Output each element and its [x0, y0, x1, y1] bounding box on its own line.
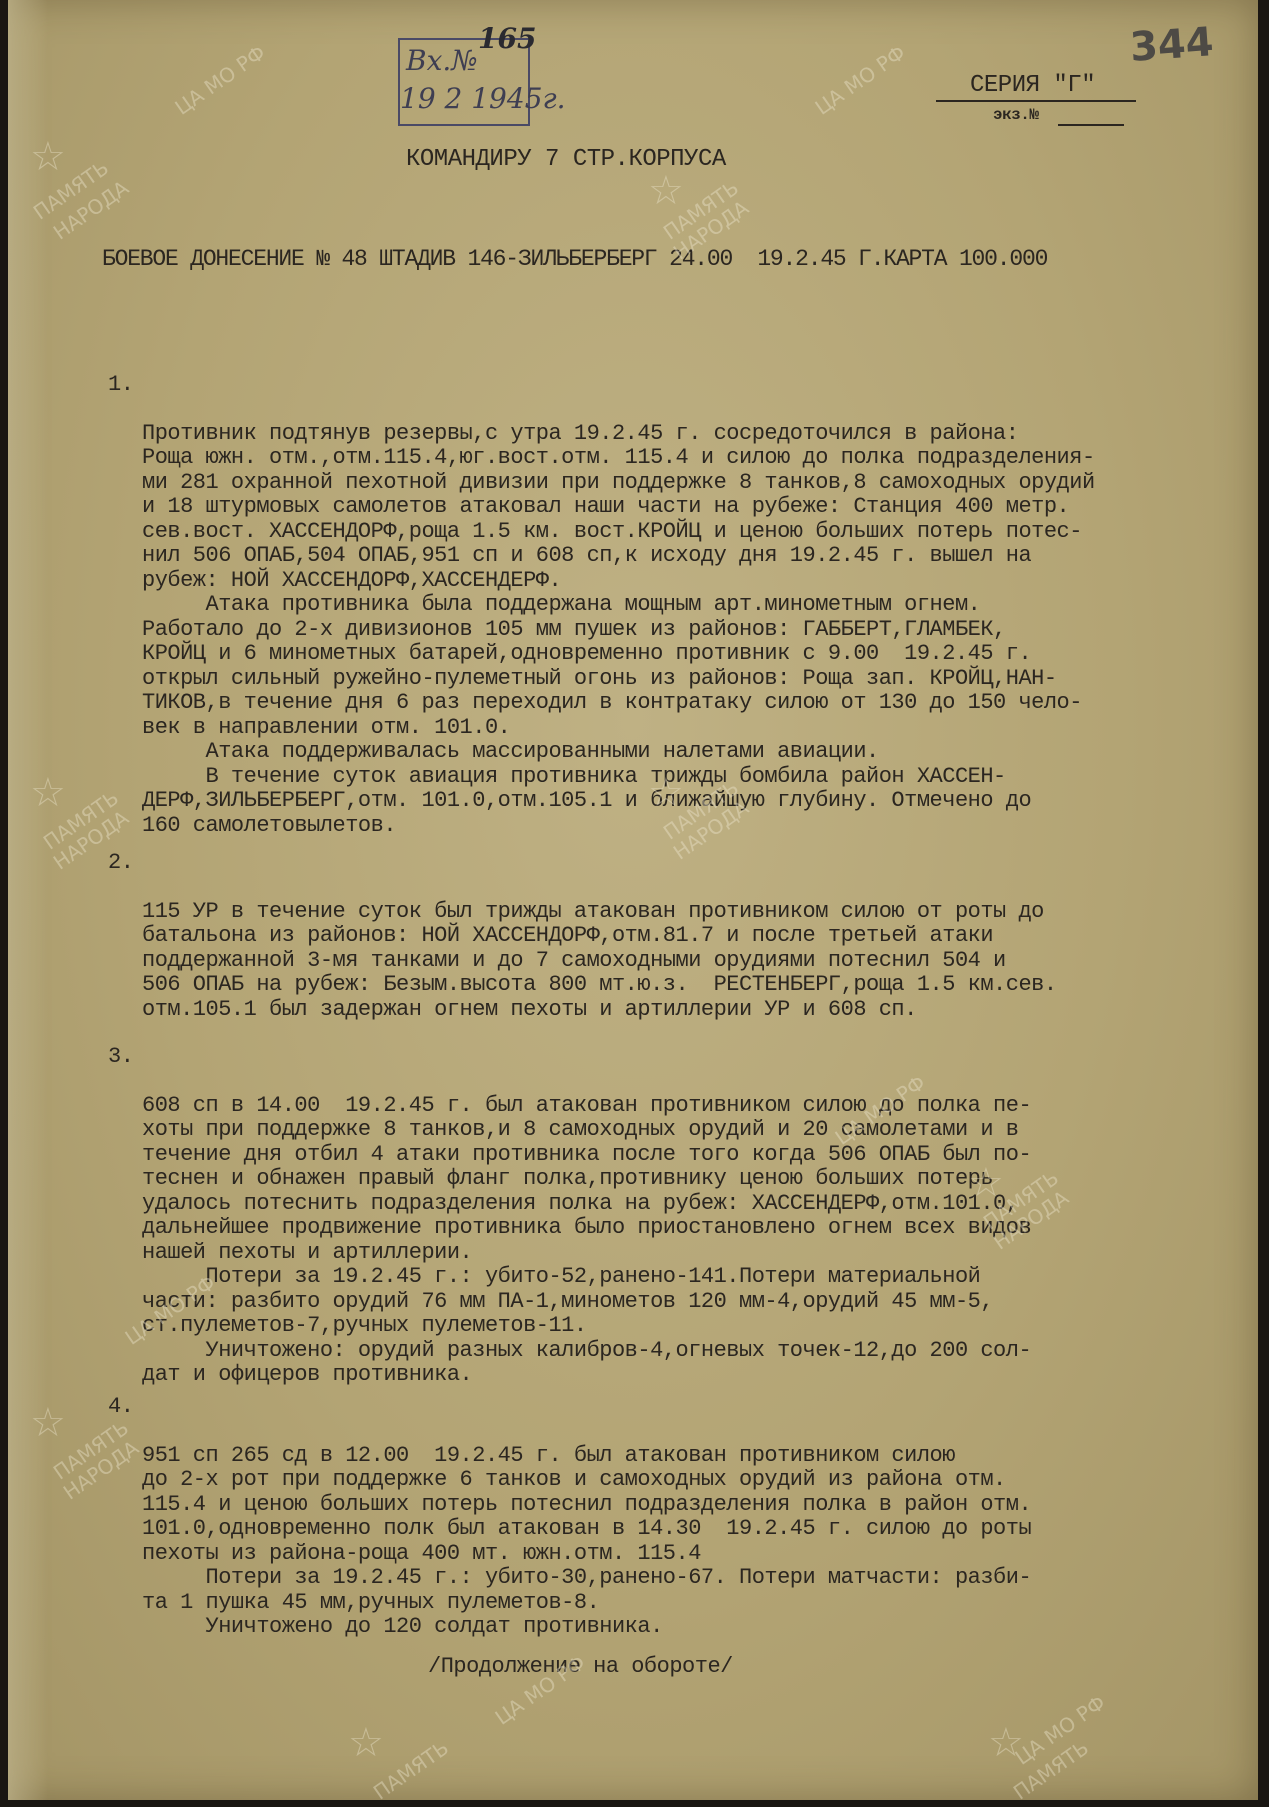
text-line: Атака противника была поддержана мощным … — [142, 593, 1095, 618]
text-line: 951 сп 265 сд в 12.00 19.2.45 г. был ата… — [142, 1444, 1031, 1469]
star-icon: ☆ — [968, 1160, 1004, 1206]
text-line: ми 281 охранной пехотной дивизии при под… — [142, 471, 1095, 496]
section-body: 115 УР в течение суток был трижды атаков… — [142, 900, 1057, 1023]
text-line: и 18 штурмовых самолетов атаковал наши ч… — [142, 495, 1095, 520]
text-line: сев.вост. ХАССЕНДОРФ,роща 1.5 км. вост.К… — [142, 520, 1095, 545]
text-line: КРОЙЦ и 6 минометных батарей,одновременн… — [142, 642, 1095, 667]
text-line: пехоты из района-роща 400 мт. южн.отм. 1… — [142, 1542, 1031, 1567]
text-line: до 2-х рот при поддержке 6 танков и само… — [142, 1468, 1031, 1493]
watermark-archive: ЦА МО РФ — [812, 42, 909, 118]
page-spine-fold — [8, 0, 48, 1800]
star-icon: ☆ — [988, 1720, 1024, 1766]
text-line: Противник подтянув резервы,с утра 19.2.4… — [142, 422, 1095, 447]
section-number: 1. — [108, 373, 133, 398]
scan-border — [8, 1800, 1269, 1807]
document-page: Вх.№ 165 19 2 1945г. 344 СЕРИЯ "Г" экз.№… — [8, 0, 1258, 1800]
stamp-number: 165 — [478, 22, 536, 55]
text-line: поддержанной 3-мя танками и до 7 самоход… — [142, 949, 1057, 974]
text-line: 608 сп в 14.00 19.2.45 г. был атакован п… — [142, 1094, 1031, 1119]
text-line: 115 УР в течение суток был трижды атаков… — [142, 900, 1057, 925]
text-line: Потери за 19.2.45 г.: убито-30,ранено-67… — [142, 1566, 1031, 1591]
text-line: ст.пулеметов-7,ручных пулеметов-11. — [142, 1314, 1031, 1339]
star-icon: ☆ — [648, 770, 684, 816]
text-line: В течение суток авиация противника трижд… — [142, 765, 1095, 790]
text-line: батальона из районов: НОЙ ХАССЕНДОРФ,отм… — [142, 924, 1057, 949]
text-line: нил 506 ОПАБ,504 ОПАБ,951 сп и 608 сп,к … — [142, 544, 1095, 569]
text-line: ДЕРФ,ЗИЛЬБЕРБЕРГ,отм. 101.0,отм.105.1 и … — [142, 789, 1095, 814]
text-line: открыл сильный ружейно-пулеметный огонь … — [142, 667, 1095, 692]
section-number: 2. — [108, 851, 133, 876]
section-1: 1. Противник подтянув резервы,с утра 19.… — [110, 348, 1095, 887]
page-number: 344 — [1128, 19, 1215, 71]
series-label: СЕРИЯ "Г" — [970, 72, 1095, 99]
text-line: Атака поддерживалась массированными нале… — [142, 740, 1095, 765]
star-icon: ☆ — [648, 168, 684, 214]
text-line: век в направлении отм. 101.0. — [142, 716, 1095, 741]
star-icon: ☆ — [30, 1400, 66, 1446]
watermark-project: НАРОДА — [50, 177, 132, 243]
text-line: 506 ОПАБ на рубеж: Безым.высота 800 мт.ю… — [142, 973, 1057, 998]
watermark-archive: ЦА МО РФ — [1012, 1692, 1109, 1768]
text-line: Потери за 19.2.45 г.: убито-52,ранено-14… — [142, 1265, 1031, 1290]
text-line: нашей пехоты и артиллерии. — [142, 1241, 1031, 1266]
text-line: Уничтожено: орудий разных калибров-4,огн… — [142, 1339, 1031, 1364]
text-line: ТИКОВ,в течение дня 6 раз переходил в ко… — [142, 691, 1095, 716]
continuation-note: /Продолжение на обороте/ — [428, 1654, 733, 1679]
text-line: рубеж: НОЙ ХАССЕНДОРФ,ХАССЕНДЕРФ. — [142, 569, 1095, 594]
section-body: 608 сп в 14.00 19.2.45 г. был атакован п… — [142, 1094, 1031, 1388]
star-icon: ☆ — [30, 134, 66, 180]
section-body: 951 сп 265 сд в 12.00 19.2.45 г. был ата… — [142, 1444, 1031, 1640]
text-line: Уничтожено до 120 солдат противника. — [142, 1615, 1031, 1640]
star-icon: ☆ — [30, 770, 66, 816]
star-icon: ☆ — [348, 1720, 384, 1766]
text-line: хоты при поддержке 8 танков,и 8 самоходн… — [142, 1118, 1031, 1143]
text-line: 115.4 и ценою больших потерь потеснил по… — [142, 1493, 1031, 1518]
text-line: удалось потеснить подразделения полка на… — [142, 1192, 1031, 1217]
section-body: Противник подтянув резервы,с утра 19.2.4… — [142, 422, 1095, 839]
copy-number-blank — [1058, 124, 1124, 126]
text-line: та 1 пушка 45 мм,ручных пулеметов-8. — [142, 1591, 1031, 1616]
text-line: Работало до 2-х дивизионов 105 мм пушек … — [142, 618, 1095, 643]
copy-number-label: экз.№ — [993, 106, 1039, 124]
section-4: 4. 951 сп 265 сд в 12.00 19.2.45 г. был … — [110, 1370, 1031, 1689]
stamp-label: Вх.№ — [406, 44, 478, 77]
watermark-archive: ЦА МО РФ — [172, 42, 269, 118]
section-number: 4. — [108, 1395, 133, 1420]
text-line: Роща южн. отм.,отм.115.4,юг.вост.отм. 11… — [142, 446, 1095, 471]
document-title: БОЕВОЕ ДОНЕСЕНИЕ № 48 ШТАДИВ 146-ЗИЛЬБЕР… — [102, 246, 1047, 272]
series-underline — [936, 100, 1136, 102]
text-line: теснен и обнажен правый фланг полка,прот… — [142, 1167, 1031, 1192]
text-line: течение дня отбил 4 атаки противника пос… — [142, 1143, 1031, 1168]
text-line: дальнейшее продвижение противника было п… — [142, 1216, 1031, 1241]
text-line: отм.105.1 был задержан огнем пехоты и ар… — [142, 998, 1057, 1023]
text-line: части: разбито орудий 76 мм ПА-1,миномет… — [142, 1290, 1031, 1315]
stamp-date: 19 2 1945г. — [400, 82, 566, 115]
text-line: 101.0,одновременно полк был атакован в 1… — [142, 1517, 1031, 1542]
section-number: 3. — [108, 1045, 133, 1070]
